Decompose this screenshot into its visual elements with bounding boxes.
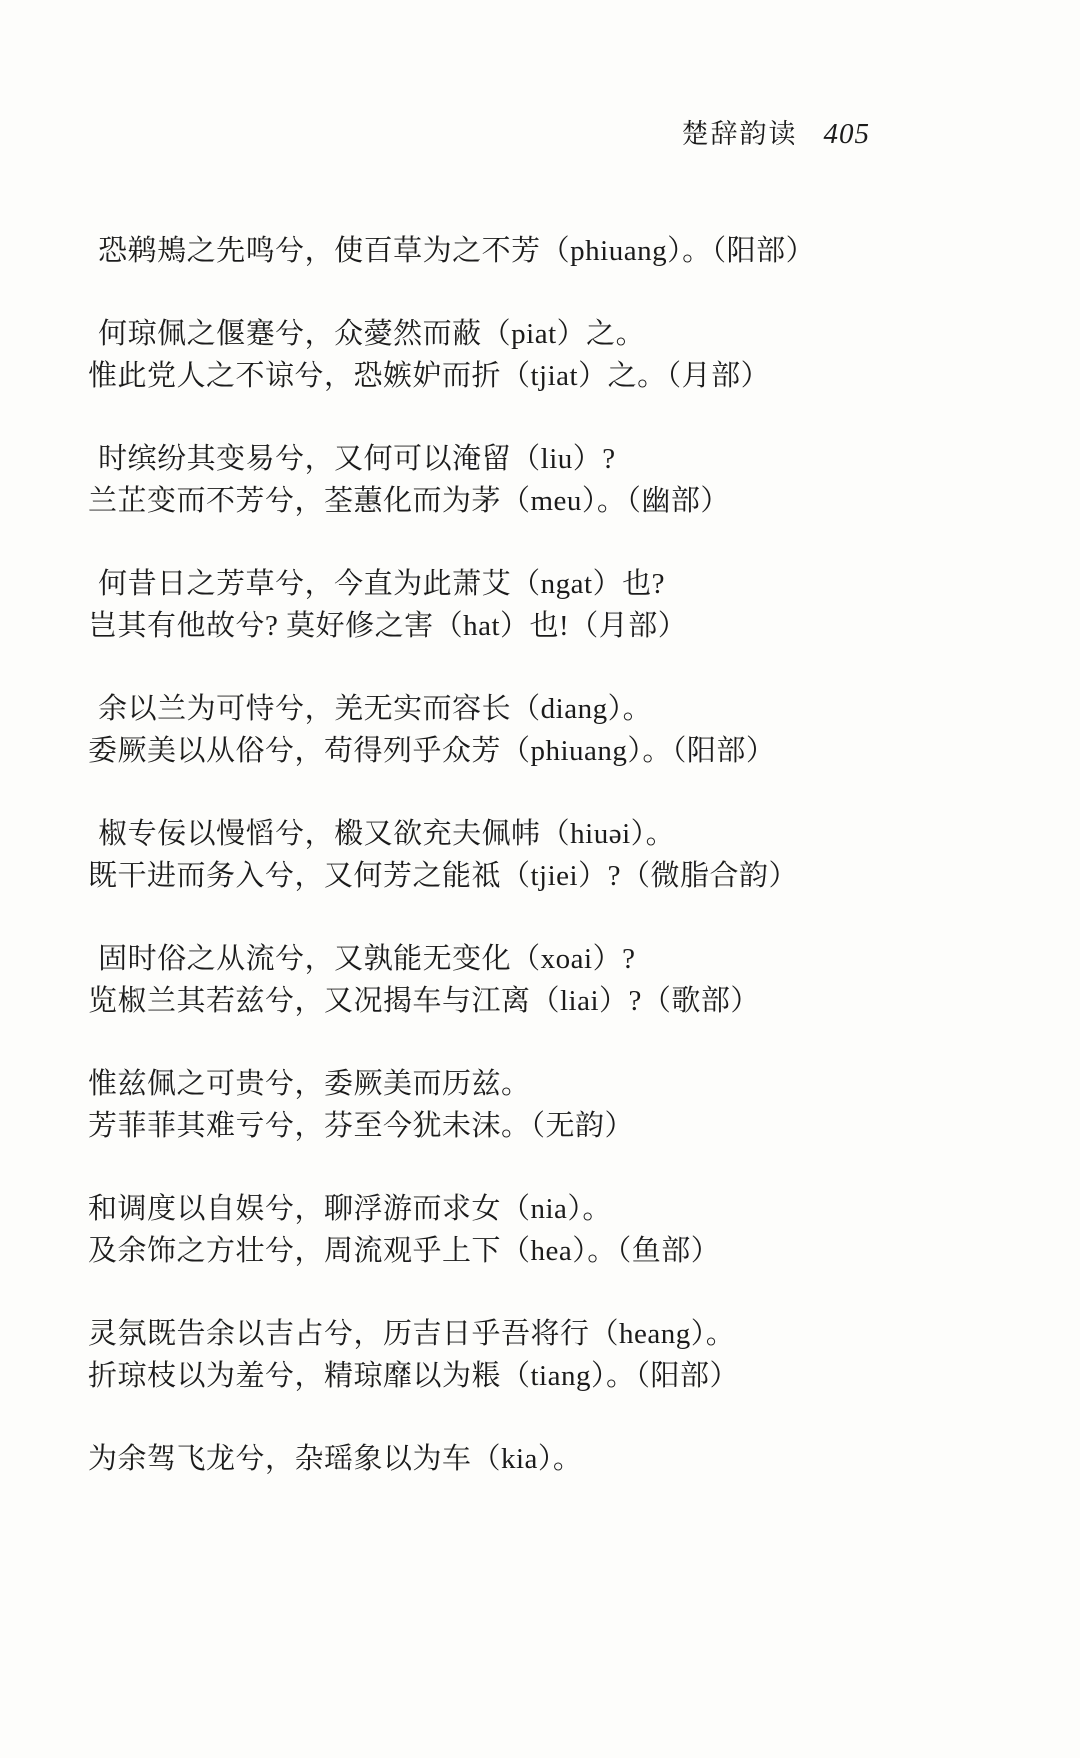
stanza-block: 恐鹈鴂之先鸣兮，使百草为之不芳（phiuang）。（阳部）	[88, 230, 1020, 272]
poem-line: 余以兰为可恃兮，羌无实而容长（diang）。	[88, 688, 1020, 730]
stanza-block: 椒专佞以慢慆兮，榝又欲充夫佩帏（hiuəi）。既干进而务入兮，又何芳之能祗（tj…	[88, 813, 1020, 897]
stanza-block: 惟兹佩之可贵兮，委厥美而历兹。芳菲菲其难亏兮，芬至今犹未沫。（无韵）	[88, 1063, 1020, 1147]
poem-line: 为余驾飞龙兮，杂瑶象以为车（kia）。	[88, 1438, 1020, 1480]
stanza-block: 为余驾飞龙兮，杂瑶象以为车（kia）。	[88, 1438, 1020, 1480]
stanza-block: 何昔日之芳草兮，今直为此萧艾（ngat）也?岂其有他故兮? 莫好修之害（hat）…	[88, 563, 1020, 647]
poem-line: 览椒兰其若兹兮，又况揭车与江离（liai）?（歌部）	[88, 980, 1020, 1022]
poem-line: 既干进而务入兮，又何芳之能祗（tjiei）?（微脂合韵）	[88, 855, 1020, 897]
poem-line: 椒专佞以慢慆兮，榝又欲充夫佩帏（hiuəi）。	[88, 813, 1020, 855]
poem-line: 灵氛既告余以吉占兮，历吉日乎吾将行（heang）。	[88, 1313, 1020, 1355]
stanza-block: 固时俗之从流兮，又孰能无变化（xoai）?览椒兰其若兹兮，又况揭车与江离（lia…	[88, 938, 1020, 1022]
poem-line: 固时俗之从流兮，又孰能无变化（xoai）?	[88, 938, 1020, 980]
poem-line: 何昔日之芳草兮，今直为此萧艾（ngat）也?	[88, 563, 1020, 605]
stanza-block: 何琼佩之偃蹇兮，众薆然而蔽（piat）之。惟此党人之不谅兮，恐嫉妒而折（tjia…	[88, 313, 1020, 397]
page-header: 楚辞韵读405	[88, 112, 1020, 148]
poem-line: 惟此党人之不谅兮，恐嫉妒而折（tjiat）之。（月部）	[88, 355, 1020, 397]
running-title: 楚辞韵读	[682, 119, 798, 149]
poem-line: 岂其有他故兮? 莫好修之害（hat）也!（月部）	[88, 605, 1020, 647]
stanza-block: 时缤纷其变易兮，又何可以淹留（liu）?兰芷变而不芳兮，荃蕙化而为茅（meu）。…	[88, 438, 1020, 522]
stanza-block: 余以兰为可恃兮，羌无实而容长（diang）。委厥美以从俗兮，苟得列乎众芳（phi…	[88, 688, 1020, 772]
poem-body: 恐鹈鴂之先鸣兮，使百草为之不芳（phiuang）。（阳部）何琼佩之偃蹇兮，众薆然…	[88, 230, 1020, 1480]
stanza-block: 和调度以自娱兮，聊浮游而求女（nia）。及余饰之方壮兮，周流观乎上下（hea）。…	[88, 1188, 1020, 1272]
poem-line: 芳菲菲其难亏兮，芬至今犹未沫。（无韵）	[88, 1105, 1020, 1147]
poem-line: 何琼佩之偃蹇兮，众薆然而蔽（piat）之。	[88, 313, 1020, 355]
poem-line: 和调度以自娱兮，聊浮游而求女（nia）。	[88, 1188, 1020, 1230]
poem-line: 兰芷变而不芳兮，荃蕙化而为茅（meu）。（幽部）	[88, 480, 1020, 522]
poem-line: 委厥美以从俗兮，苟得列乎众芳（phiuang）。（阳部）	[88, 730, 1020, 772]
stanza-block: 灵氛既告余以吉占兮，历吉日乎吾将行（heang）。折琼枝以为羞兮，精琼靡以为粻（…	[88, 1313, 1020, 1397]
poem-line: 折琼枝以为羞兮，精琼靡以为粻（tiang）。（阳部）	[88, 1355, 1020, 1397]
book-page: 楚辞韵读405 恐鹈鴂之先鸣兮，使百草为之不芳（phiuang）。（阳部）何琼佩…	[0, 0, 1080, 1758]
poem-line: 惟兹佩之可贵兮，委厥美而历兹。	[88, 1063, 1020, 1105]
poem-line: 时缤纷其变易兮，又何可以淹留（liu）?	[88, 438, 1020, 480]
page-number: 405	[824, 118, 871, 150]
poem-line: 及余饰之方壮兮，周流观乎上下（hea）。（鱼部）	[88, 1230, 1020, 1272]
poem-line: 恐鹈鴂之先鸣兮，使百草为之不芳（phiuang）。（阳部）	[88, 230, 1020, 272]
